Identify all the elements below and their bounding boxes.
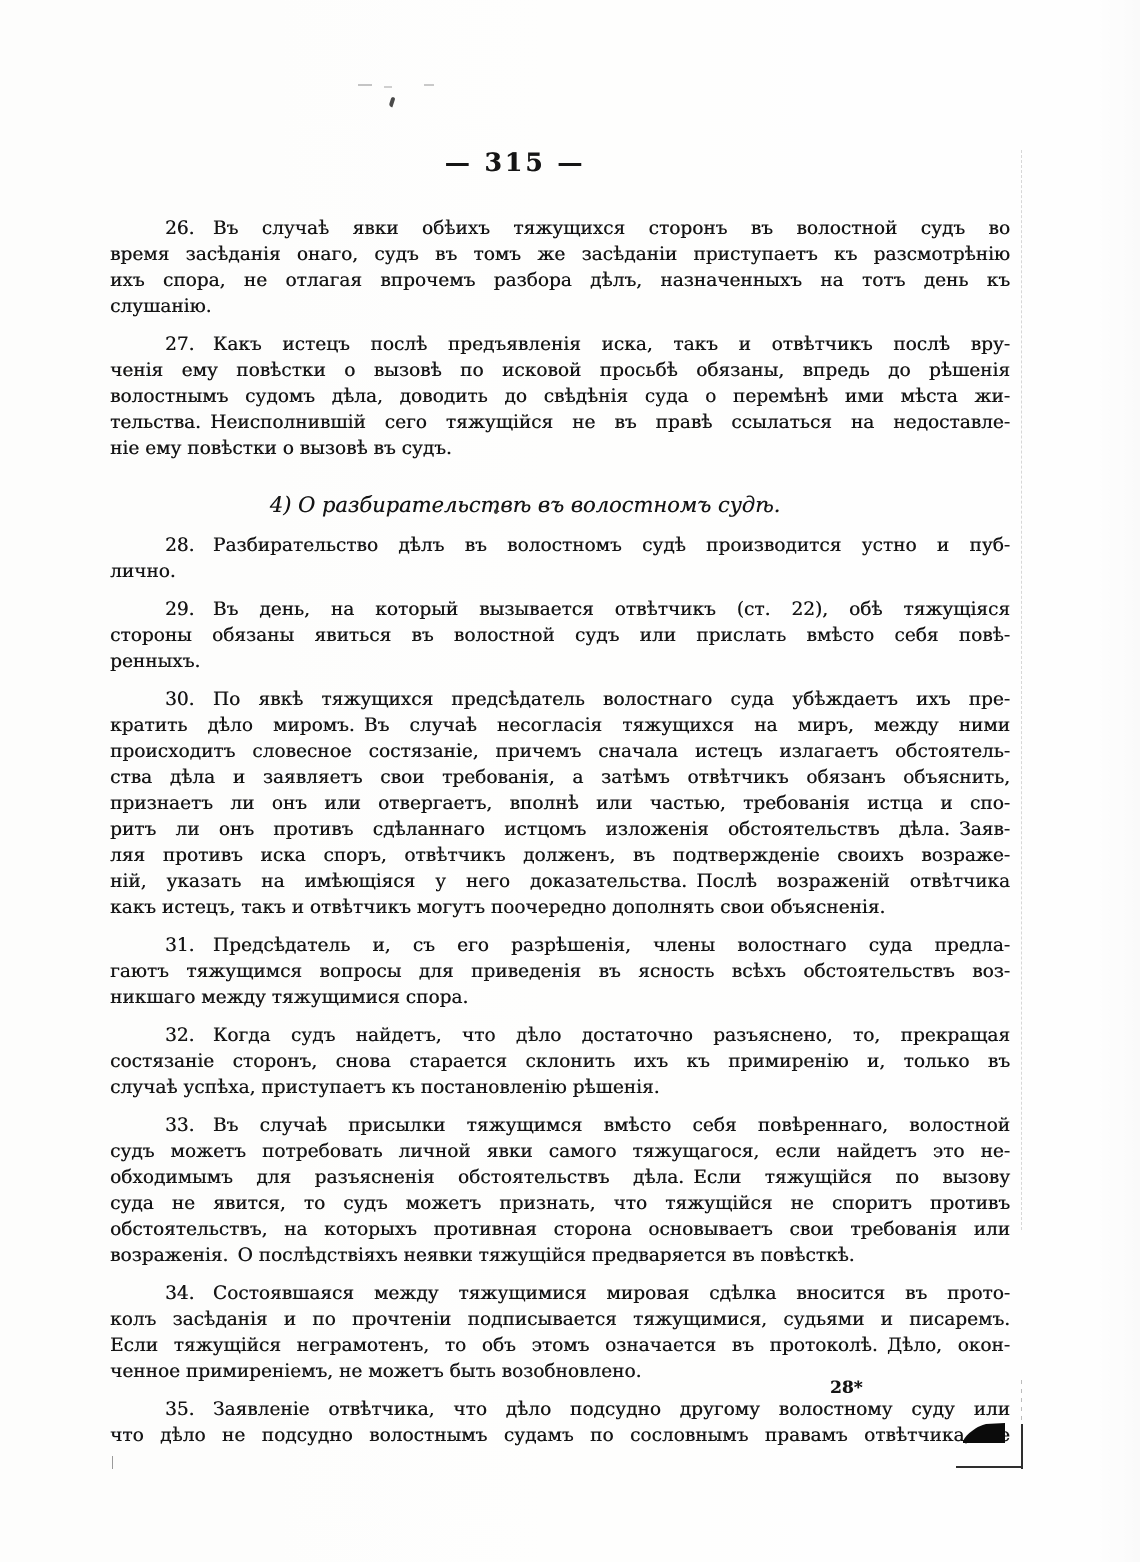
text-line: ніе ему повѣстки о вызовѣ въ судъ. bbox=[110, 436, 1010, 462]
text-line: что дѣло не подсудно волостнымъ судамъ п… bbox=[110, 1423, 1010, 1449]
text-line: слушанію. bbox=[110, 294, 1010, 320]
text-line: Если тяжущійся неграмотенъ, то объ этомъ… bbox=[110, 1333, 1010, 1359]
text-line: волостнымъ судомъ дѣла, доводить до свѣд… bbox=[110, 384, 1010, 410]
text-line: кратить дѣло миромъ. Въ случаѣ несогласі… bbox=[110, 713, 1010, 739]
scan-ink-speck bbox=[494, 509, 498, 514]
text-line: признаетъ ли онъ или отвергаетъ, вполнѣ … bbox=[110, 791, 1010, 817]
text-line: 33. Въ случаѣ присылки тяжущимся вмѣсто … bbox=[110, 1113, 1010, 1139]
text-line: происходитъ словесное состязаніе, причем… bbox=[110, 739, 1010, 765]
article-26: 26. Въ случаѣ явки обѣихъ тяжущихся стор… bbox=[110, 216, 1010, 320]
article-31: 31. Предсѣдатель и, съ его разрѣшенія, ч… bbox=[110, 933, 1010, 1011]
scan-corner-line-faint bbox=[1021, 1380, 1022, 1420]
text-line: ченное примиреніемъ, не можетъ быть возо… bbox=[110, 1359, 1010, 1385]
text-line: 28. Разбирательство дѣлъ въ волостномъ с… bbox=[110, 533, 1010, 559]
article-29: 29. Въ день, на который вызывается отвѣт… bbox=[110, 597, 1010, 675]
page-gutter-shadow-line bbox=[1021, 150, 1022, 1230]
text-line: судъ можетъ потребовать личной явки само… bbox=[110, 1139, 1010, 1165]
text-line: никшаго между тяжущимися спора. bbox=[110, 985, 1010, 1011]
text-line: 34. Состоявшаяся между тяжущимися мирова… bbox=[110, 1281, 1010, 1307]
text-line: стороны обязаны явиться въ волостной суд… bbox=[110, 623, 1010, 649]
text-line: случаѣ успѣха, приступаетъ къ постановле… bbox=[110, 1075, 1010, 1101]
article-35: 35. Заявленіе отвѣтчика, что дѣло подсуд… bbox=[110, 1397, 1010, 1449]
text-line: ляя противъ иска споръ, отвѣтчикъ должен… bbox=[110, 843, 1010, 869]
text-body: 26. Въ случаѣ явки обѣихъ тяжущихся стор… bbox=[110, 204, 1010, 1449]
scan-ink-speck bbox=[389, 97, 396, 108]
text-line: 26. Въ случаѣ явки обѣихъ тяжущихся стор… bbox=[110, 216, 1010, 242]
scan-edge-mark bbox=[112, 1456, 113, 1469]
text-line: время засѣданія онаго, судъ въ томъ же з… bbox=[110, 242, 1010, 268]
text-line: ній, указать на имѣющіяся у него доказат… bbox=[110, 869, 1010, 895]
text-line: ритъ ли онъ противъ сдѣланнаго истцомъ и… bbox=[110, 817, 1010, 843]
text-line: 31. Предсѣдатель и, съ его разрѣшенія, ч… bbox=[110, 933, 1010, 959]
signature-mark: 28* bbox=[830, 1378, 863, 1398]
text-line: 27. Какъ истецъ послѣ предъявленія иска,… bbox=[110, 332, 1010, 358]
text-line: колъ засѣданія и по прочтеніи подписывае… bbox=[110, 1307, 1010, 1333]
article-32: 32. Когда судъ найдетъ, что дѣло достато… bbox=[110, 1023, 1010, 1101]
text-line: какъ истецъ, такъ и отвѣтчикъ могутъ поо… bbox=[110, 895, 1010, 921]
scan-smudge bbox=[424, 84, 434, 86]
text-line: состязаніе сторонъ, снова старается скло… bbox=[110, 1049, 1010, 1075]
text-line: возраженія. О послѣдствіяхъ неявки тяжущ… bbox=[110, 1243, 1010, 1269]
scan-corner-vertical-line bbox=[1021, 1424, 1023, 1469]
article-33: 33. Въ случаѣ присылки тяжущимся вмѣсто … bbox=[110, 1113, 1010, 1269]
text-line: 30. По явкѣ тяжущихся предсѣдатель волос… bbox=[110, 687, 1010, 713]
text-line: суда не явится, то судъ можетъ признать,… bbox=[110, 1191, 1010, 1217]
scan-smudge bbox=[384, 86, 392, 88]
text-line: 32. Когда судъ найдетъ, что дѣло достато… bbox=[110, 1023, 1010, 1049]
page-number-header: — 315 — bbox=[0, 148, 1030, 177]
ink-blob-shape bbox=[960, 1419, 1010, 1449]
section-heading: 4) О разбирательствѣ въ волостномъ судѣ. bbox=[110, 492, 1010, 519]
text-line: 29. Въ день, на который вызывается отвѣт… bbox=[110, 597, 1010, 623]
article-30: 30. По явкѣ тяжущихся предсѣдатель волос… bbox=[110, 687, 1010, 921]
scanned-book-page: — 315 — 26. Въ случаѣ явки обѣихъ тяжущи… bbox=[0, 0, 1140, 1562]
article-28: 28. Разбирательство дѣлъ въ волостномъ с… bbox=[110, 533, 1010, 585]
text-line: обстоятельствъ, на которыхъ противная ст… bbox=[110, 1217, 1010, 1243]
article-27: 27. Какъ истецъ послѣ предъявленія иска,… bbox=[110, 332, 1010, 462]
text-line: гаютъ тяжущимся вопросы для приведенія в… bbox=[110, 959, 1010, 985]
text-line: тельства. Неисполнившій сего тяжущійся н… bbox=[110, 410, 1010, 436]
scan-smudge bbox=[358, 84, 372, 86]
text-line: ства дѣла и заявляетъ свои требованія, а… bbox=[110, 765, 1010, 791]
text-line: обходимымъ для разъясненія обстоятельств… bbox=[110, 1165, 1010, 1191]
text-line: 35. Заявленіе отвѣтчика, что дѣло подсуд… bbox=[110, 1397, 1010, 1423]
article-34: 34. Состоявшаяся между тяжущимися мирова… bbox=[110, 1281, 1010, 1385]
text-line: ченія ему повѣстки о вызовѣ по исковой п… bbox=[110, 358, 1010, 384]
scan-corner-horizontal-line bbox=[956, 1466, 1023, 1468]
scan-ink-blob bbox=[960, 1419, 1010, 1453]
text-line: ренныхъ. bbox=[110, 649, 1010, 675]
text-line: ихъ спора, не отлагая впрочемъ разбора д… bbox=[110, 268, 1010, 294]
text-line: лично. bbox=[110, 559, 1010, 585]
